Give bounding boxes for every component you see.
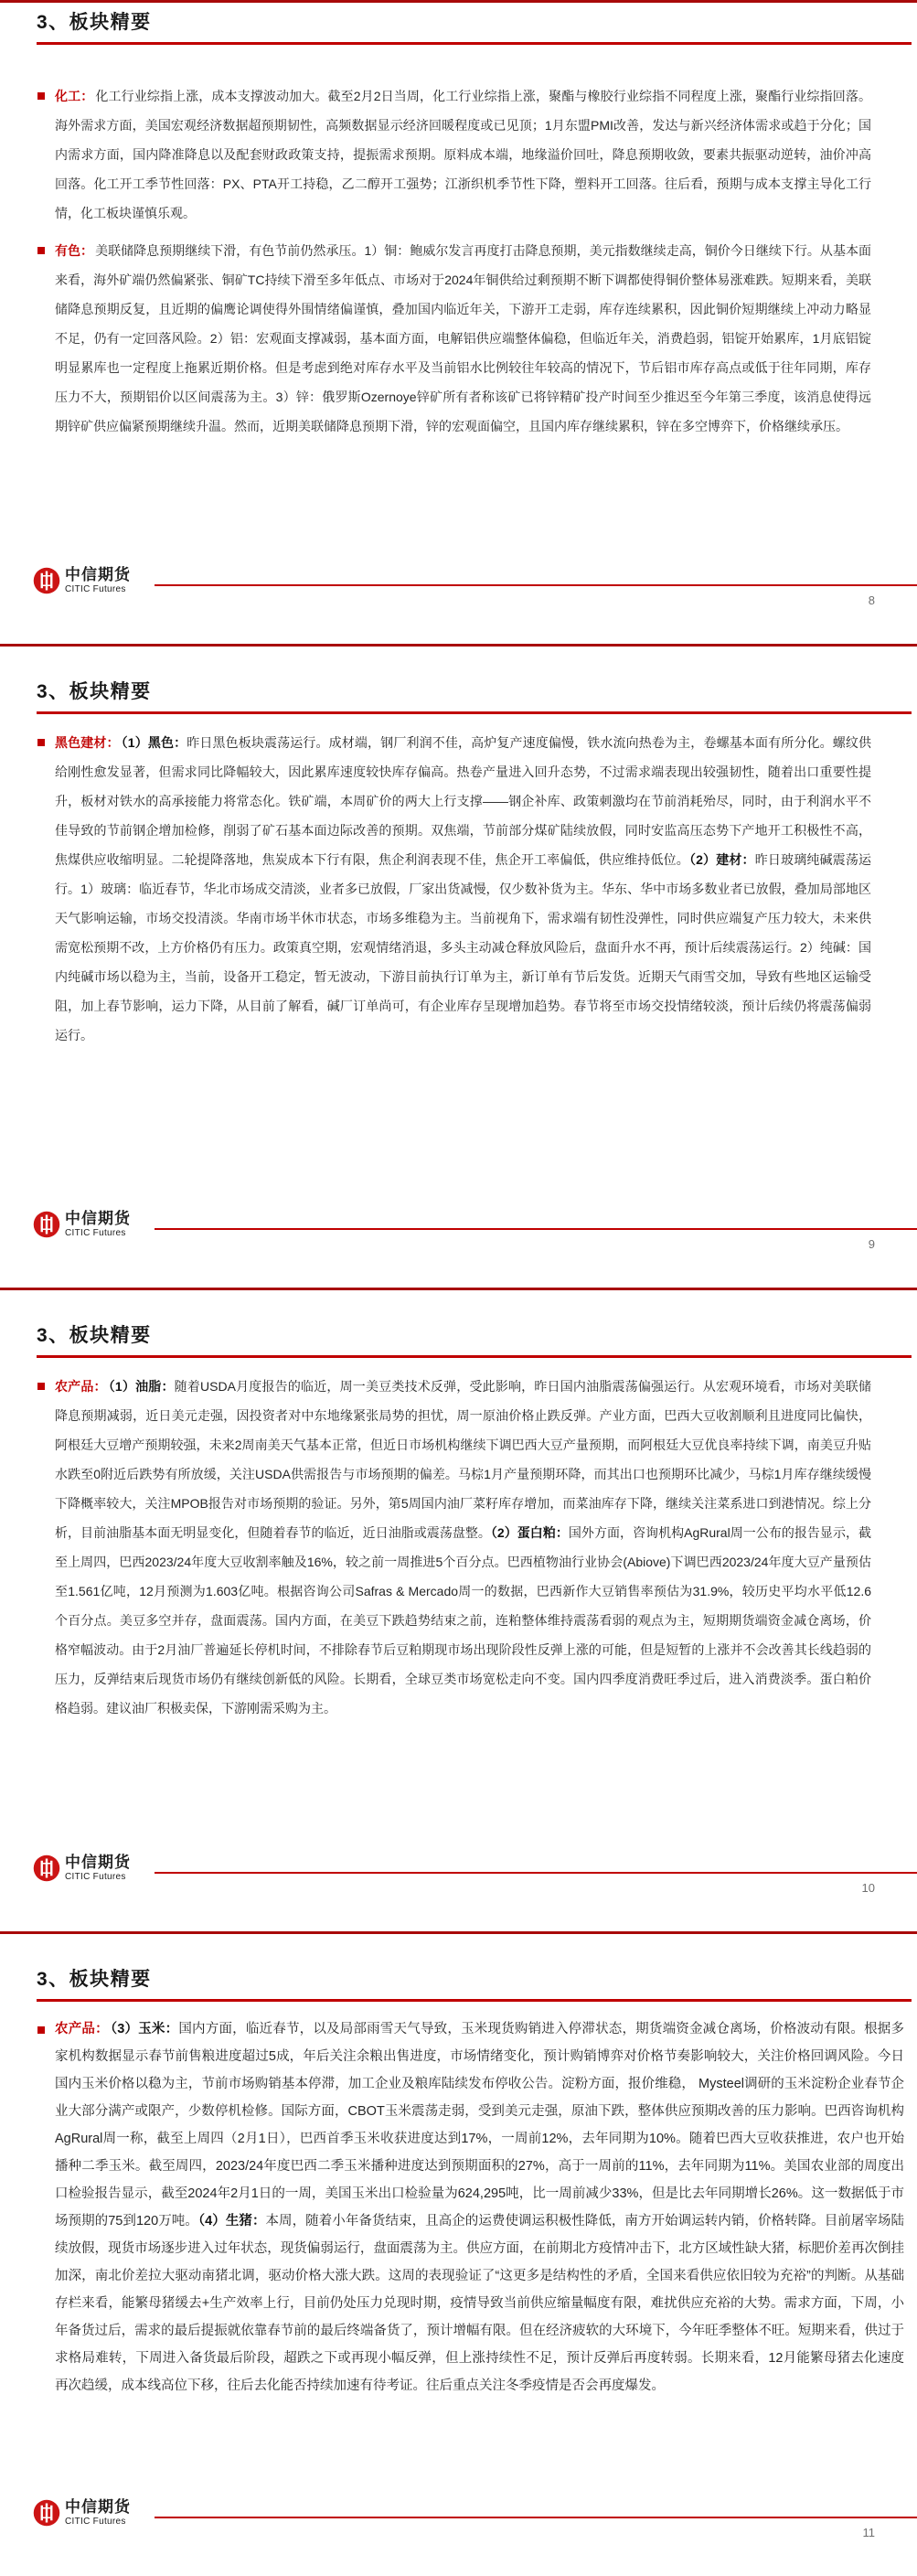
footer: 中信期货 CITIC Futures 8 bbox=[33, 565, 917, 616]
bullet-marker bbox=[37, 92, 45, 100]
bullet-paragraph: 有色：美联储降息预期继续下滑，有色节前仍然承压。1）铜：鲍威尔发言再度打击降息预… bbox=[55, 236, 871, 441]
bullet-list: 农产品：（3）玉米：国内方面，临近春节，以及局部雨雪天气导致，玉米现货购销进入停… bbox=[55, 2015, 904, 2400]
subsection-label: （1）黑色： bbox=[122, 735, 187, 750]
citic-logo: 中信期货 CITIC Futures bbox=[33, 1853, 131, 1883]
subsection-text: 国内方面，临近春节，以及局部雨雪天气导致，玉米现货购销进入停滞状态，期货端资金减… bbox=[55, 2022, 904, 2229]
logo-text-en: CITIC Futures bbox=[65, 1872, 131, 1883]
subsection-text: 随着USDA月度报告的临近，周一美豆类技术反弹，受此影响，昨日国内油脂震荡偏强运… bbox=[55, 1379, 871, 1540]
bullet-item-chemical: 化工：化工行业综指上涨，成本支撑波动加大。截至2月2日当周，化工行业综指上涨，聚… bbox=[55, 81, 871, 228]
bullet-paragraph: 化工：化工行业综指上涨，成本支撑波动加大。截至2月2日当周，化工行业综指上涨，聚… bbox=[55, 81, 871, 228]
bullet-marker bbox=[37, 739, 45, 746]
subsection-text: 昨日黑色板块震荡运行。成材端，钢厂利润不佳，高炉复产速度偏慢，铁水流向热卷为主，… bbox=[55, 735, 871, 867]
bullet-item-agriculture-corn-hogs: 农产品：（3）玉米：国内方面，临近春节，以及局部雨雪天气导致，玉米现货购销进入停… bbox=[55, 2015, 904, 2400]
footer: 中信期货 CITIC Futures 9 bbox=[33, 1209, 917, 1260]
footer: 中信期货 CITIC Futures 11 bbox=[33, 2497, 917, 2549]
bullet-paragraph: 农产品：（3）玉米：国内方面，临近春节，以及局部雨雪天气导致，玉米现货购销进入停… bbox=[55, 2015, 904, 2400]
report-page-11: 3、板块精要 农产品：（3）玉米：国内方面，临近春节，以及局部雨雪天气导致，玉米… bbox=[0, 1931, 917, 2576]
logo-text-en: CITIC Futures bbox=[65, 1228, 131, 1239]
sector-label: 有色： bbox=[55, 243, 93, 258]
sector-text: 化工行业综指上涨，成本支撑波动加大。截至2月2日当周，化工行业综指上涨，聚酯与橡… bbox=[55, 89, 871, 220]
logo-text-cn: 中信期货 bbox=[65, 1209, 131, 1228]
citic-logo: 中信期货 CITIC Futures bbox=[33, 1209, 131, 1239]
page-number: 11 bbox=[863, 2526, 876, 2539]
citic-logo-icon bbox=[33, 1855, 60, 1882]
logo-text-cn: 中信期货 bbox=[65, 2497, 131, 2517]
subsection-text: 国外方面，咨询机构AgRural周一公布的报告显示，截至上周四，巴西2023/2… bbox=[55, 1525, 871, 1716]
bullet-paragraph: 黑色建材：（1）黑色：昨日黑色板块震荡运行。成材端，钢厂利润不佳，高炉复产速度偏… bbox=[55, 728, 871, 1050]
citic-logo-icon bbox=[33, 1211, 60, 1238]
bullet-marker bbox=[37, 2026, 45, 2034]
subsection-label: （2）建材： bbox=[689, 852, 755, 867]
page-number: 9 bbox=[869, 1237, 875, 1251]
citic-logo-icon bbox=[33, 2499, 60, 2527]
logo-text-en: CITIC Futures bbox=[65, 2517, 131, 2528]
report-page-9: 3、板块精要 黑色建材：（1）黑色：昨日黑色板块震荡运行。成材端，钢厂利润不佳，… bbox=[0, 644, 917, 1288]
report-page-10: 3、板块精要 农产品：（1）油脂：随着USDA月度报告的临近，周一美豆类技术反弹… bbox=[0, 1288, 917, 1931]
bullet-marker bbox=[37, 247, 45, 254]
citic-logo: 中信期货 CITIC Futures bbox=[33, 565, 131, 595]
page-number: 8 bbox=[869, 593, 875, 607]
bullet-list: 化工：化工行业综指上涨，成本支撑波动加大。截至2月2日当周，化工行业综指上涨，聚… bbox=[55, 81, 871, 441]
footer: 中信期货 CITIC Futures 10 bbox=[33, 1853, 917, 1904]
footer-rule bbox=[155, 584, 917, 586]
subsection-label: （2）蛋白粕： bbox=[491, 1525, 569, 1540]
bullet-marker bbox=[37, 1383, 45, 1390]
footer-rule bbox=[155, 2517, 917, 2518]
sector-label: 农产品： bbox=[55, 1379, 107, 1394]
logo-text: 中信期货 CITIC Futures bbox=[65, 565, 131, 595]
page-title: 3、板块精要 bbox=[0, 647, 917, 704]
bullet-item-agriculture-oils-meal: 农产品：（1）油脂：随着USDA月度报告的临近，周一美豆类技术反弹，受此影响，昨… bbox=[55, 1372, 871, 1723]
title-underline bbox=[37, 711, 912, 714]
citic-logo-icon bbox=[33, 567, 60, 594]
subsection-text: 本周，随着小年备货结束，且高企的运费使调运积极性降低，南方开始调运转内销，价格转… bbox=[55, 2214, 904, 2393]
sector-label: 黑色建材： bbox=[55, 735, 120, 750]
title-underline bbox=[37, 1355, 912, 1358]
footer-rule bbox=[155, 1872, 917, 1874]
title-underline bbox=[37, 42, 912, 45]
logo-text: 中信期货 CITIC Futures bbox=[65, 2497, 131, 2528]
bullet-paragraph: 农产品：（1）油脂：随着USDA月度报告的临近，周一美豆类技术反弹，受此影响，昨… bbox=[55, 1372, 871, 1723]
subsection-label: （4）生猪： bbox=[198, 2214, 266, 2229]
title-underline bbox=[37, 1999, 912, 2002]
logo-text: 中信期货 CITIC Futures bbox=[65, 1853, 131, 1883]
bullet-item-ferrous-building-materials: 黑色建材：（1）黑色：昨日黑色板块震荡运行。成材端，钢厂利润不佳，高炉复产速度偏… bbox=[55, 728, 871, 1050]
logo-text-cn: 中信期货 bbox=[65, 565, 131, 584]
logo-text-en: CITIC Futures bbox=[65, 584, 131, 595]
footer-rule bbox=[155, 1228, 917, 1230]
logo-text: 中信期货 CITIC Futures bbox=[65, 1209, 131, 1239]
page-title: 3、板块精要 bbox=[0, 1290, 917, 1348]
subsection-text: 昨日玻璃纯碱震荡运行。1）玻璃：临近春节，华北市场成交清淡，业者多已放假，厂家出… bbox=[55, 852, 871, 1042]
page-title: 3、板块精要 bbox=[0, 3, 917, 35]
sector-label: 化工： bbox=[55, 89, 93, 103]
subsection-label: （3）玉米： bbox=[111, 2022, 179, 2036]
page-number: 10 bbox=[862, 1881, 875, 1895]
sector-label: 农产品： bbox=[55, 2022, 109, 2036]
report-page-8: 3、板块精要 化工：化工行业综指上涨，成本支撑波动加大。截至2月2日当周，化工行… bbox=[0, 0, 917, 644]
citic-logo: 中信期货 CITIC Futures bbox=[33, 2497, 131, 2528]
subsection-label: （1）油脂： bbox=[109, 1379, 175, 1394]
bullet-item-nonferrous: 有色：美联储降息预期继续下滑，有色节前仍然承压。1）铜：鲍威尔发言再度打击降息预… bbox=[55, 236, 871, 441]
sector-text: 美联储降息预期继续下滑，有色节前仍然承压。1）铜：鲍威尔发言再度打击降息预期，美… bbox=[55, 243, 871, 433]
logo-text-cn: 中信期货 bbox=[65, 1853, 131, 1872]
bullet-list: 农产品：（1）油脂：随着USDA月度报告的临近，周一美豆类技术反弹，受此影响，昨… bbox=[55, 1372, 871, 1723]
page-title: 3、板块精要 bbox=[0, 1934, 917, 1992]
bullet-list: 黑色建材：（1）黑色：昨日黑色板块震荡运行。成材端，钢厂利润不佳，高炉复产速度偏… bbox=[55, 728, 871, 1050]
